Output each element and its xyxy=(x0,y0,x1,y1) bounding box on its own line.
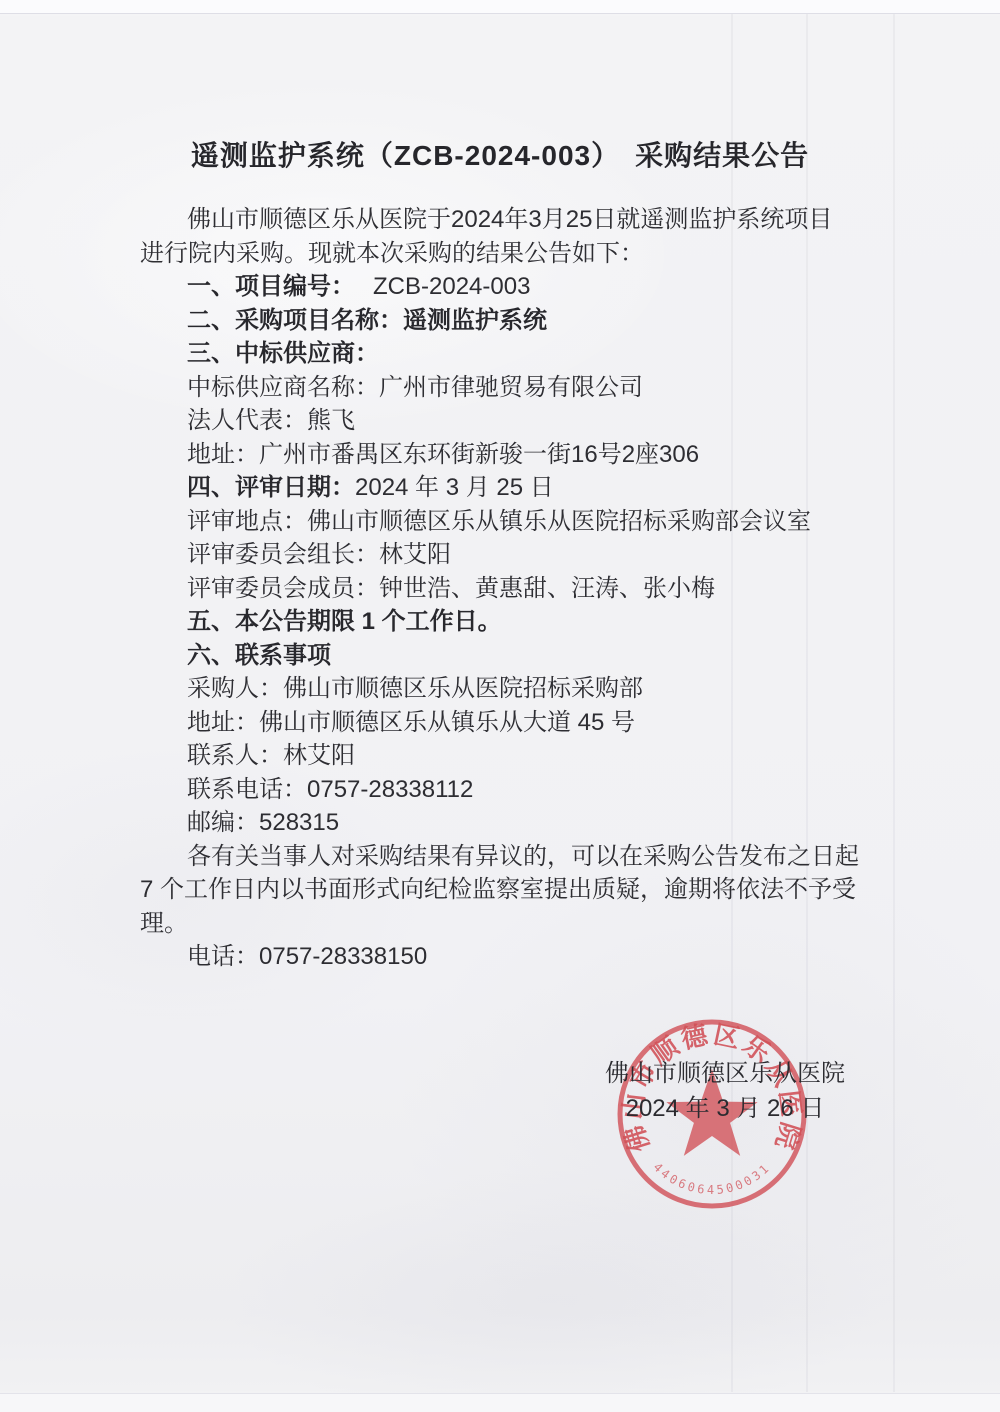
review-location-line: 评审地点：佛山市顺德区乐从镇乐从医院招标采购部会议室 xyxy=(140,505,875,539)
scanned-document-page: 遥测监护系统（ZCB-2024-003） 采购结果公告 佛山市顺德区乐从医院于2… xyxy=(0,0,1000,1412)
postal-code-line: 邮编：528315 xyxy=(140,806,875,840)
review-committee-chief-line: 评审委员会组长：林艾阳 xyxy=(140,538,875,572)
intro-line-1: 佛山市顺德区乐从医院于2024年3月25日就遥测监护系统项目 xyxy=(140,203,875,237)
scan-top-edge xyxy=(0,0,1000,14)
project-number-line: 一、项目编号：ZCB-2024-003 xyxy=(140,270,875,304)
review-date-value: 2024 年 3 月 25 日 xyxy=(355,474,554,501)
signature-organization: 佛山市顺德区乐从医院 xyxy=(592,1056,858,1091)
signature-block: 佛山市顺德区乐从医院 2024 年 3 月 26 日 xyxy=(592,1056,858,1126)
supplier-address-line: 地址：广州市番禺区东环街新骏一街16号2座306 xyxy=(140,438,875,472)
document-body: 佛山市顺德区乐从医院于2024年3月25日就遥测监护系统项目 进行院内采购。现就… xyxy=(140,203,875,974)
review-committee-members-line: 评审委员会成员：钟世浩、黄惠甜、汪涛、张小梅 xyxy=(140,572,875,606)
review-date-label: 四、评审日期： xyxy=(187,474,355,501)
scan-streak xyxy=(893,14,895,1392)
project-number-value: ZCB-2024-003 xyxy=(373,273,530,300)
objection-line-3: 理。 xyxy=(140,907,875,941)
contact-matters-heading: 六、联系事项 xyxy=(140,639,875,673)
document-title: 遥测监护系统（ZCB-2024-003） 采购结果公告 xyxy=(0,134,1000,174)
announcement-period-line: 五、本公告期限 1 个工作日。 xyxy=(140,605,875,639)
purchaser-address-line: 地址：佛山市顺德区乐从镇乐从大道 45 号 xyxy=(140,706,875,740)
intro-line-2: 进行院内采购。现就本次采购的结果公告如下： xyxy=(140,237,875,271)
objection-phone-line: 电话：0757-28338150 xyxy=(140,940,875,974)
project-number-label: 一、项目编号： xyxy=(187,273,355,300)
project-name-line: 二、采购项目名称：遥测监护系统 xyxy=(140,304,875,338)
review-date-line: 四、评审日期：2024 年 3 月 25 日 xyxy=(140,471,875,505)
supplier-name-line: 中标供应商名称：广州市律驰贸易有限公司 xyxy=(140,371,875,405)
signature-date: 2024 年 3 月 26 日 xyxy=(592,1091,858,1126)
objection-line-1: 各有关当事人对采购结果有异议的，可以在采购公告发布之日起 xyxy=(140,840,875,874)
scan-bottom-edge xyxy=(0,1393,1000,1412)
contact-phone-line: 联系电话：0757-28338112 xyxy=(140,773,875,807)
purchaser-line: 采购人：佛山市顺德区乐从医院招标采购部 xyxy=(140,672,875,706)
contact-person-line: 联系人：林艾阳 xyxy=(140,739,875,773)
legal-representative-line: 法人代表：熊飞 xyxy=(140,404,875,438)
seal-serial-number: 4406064500031 xyxy=(651,1160,774,1197)
winning-supplier-heading: 三、中标供应商： xyxy=(140,337,875,371)
objection-line-2: 7 个工作日内以书面形式向纪检监察室提出质疑，逾期将依法不予受 xyxy=(140,873,875,907)
